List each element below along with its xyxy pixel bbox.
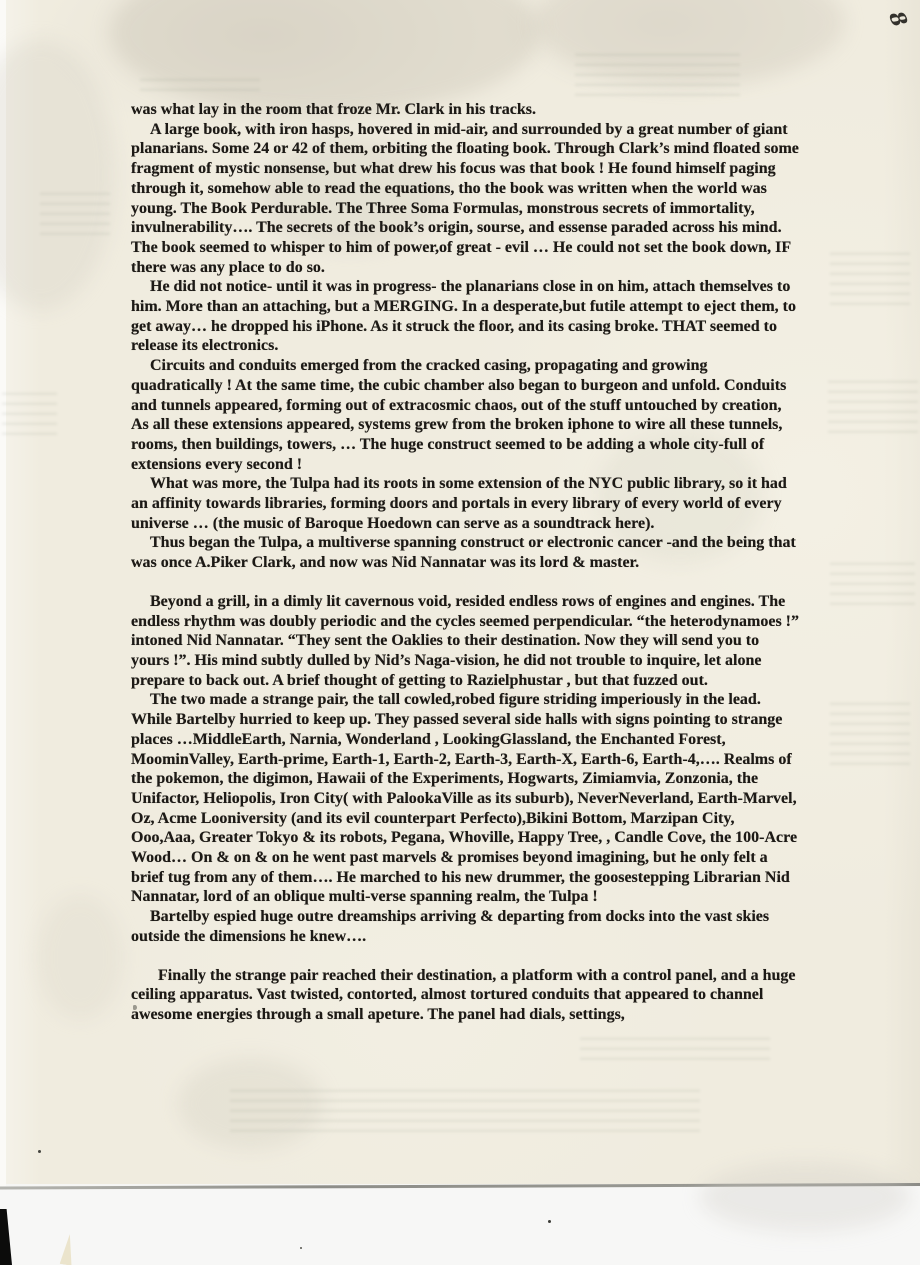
story-paragraph: Thus began the Tulpa, a multiverse spann… [131,533,799,572]
scanner-margin-strip [0,0,6,1209]
story-paragraph: The two made a strange pair, the tall co… [131,690,799,907]
story-paragraph: was what lay in the room that froze Mr. … [131,100,799,120]
story-paragraph: Beyond a grill, in a dimly lit cavernous… [131,592,799,691]
story-paragraph: Finally the strange pair reached their d… [131,966,799,1025]
story-paragraph: Bartelby espied huge outre dreamships ar… [131,907,799,946]
story-text: was what lay in the room that froze Mr. … [131,100,799,1025]
story-paragraph: He did not notice- until it was in progr… [131,277,799,356]
scanner-background [0,1186,920,1265]
story-paragraph: Circuits and conduits emerged from the c… [131,356,799,474]
story-paragraph: What was more, the Tulpa had its roots i… [131,474,799,533]
story-paragraph: A large book, with iron hasps, hovered i… [131,120,799,278]
